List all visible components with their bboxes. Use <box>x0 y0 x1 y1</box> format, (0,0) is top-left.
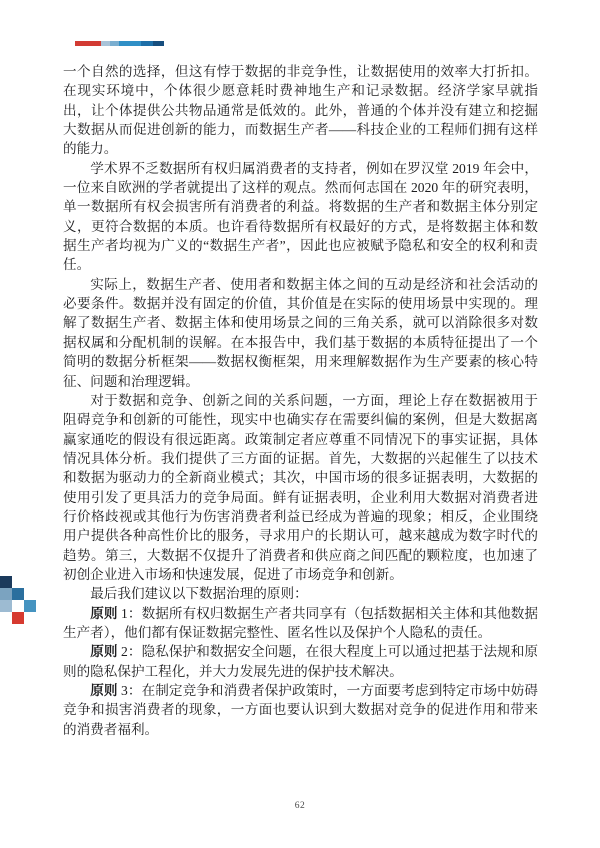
mosaic-square-slate-blue <box>0 588 12 600</box>
principle-3-label: 原则 <box>90 683 117 698</box>
page-number: 62 <box>0 801 600 811</box>
paragraph-principle-1: 原则 1：数据所有权归数据生产者共同享有（包括数据相关主体和其他数据生产者），他… <box>63 604 538 643</box>
bar-segment-medium-blue <box>119 41 141 46</box>
document-body: 一个自然的选择，但这有悖于数据的非竞争性，让数据使用的效率大打折扣。在现实环境中… <box>63 62 538 739</box>
mosaic-square-dark-blue <box>12 588 24 600</box>
principle-2-label: 原则 <box>90 644 117 659</box>
paragraph-principle-3: 原则 3：在制定竞争和消费者保护政策时，一方面要考虑到特定市场中妨碍竞争和损害消… <box>63 681 538 739</box>
mosaic-square-navy <box>0 576 12 588</box>
header-color-bar <box>75 41 164 46</box>
bar-segment-pale-blue <box>101 41 110 46</box>
paragraph-academia-view: 学术界不乏数据所有权归属消费者的支持者，例如在罗汉堂 2019 年会中，一位来自… <box>63 159 538 275</box>
principle-1-text: 1：数据所有权归数据生产者共同享有（包括数据相关主体和其他数据生产者），他们都有… <box>63 606 538 640</box>
footer-mosaic-decoration <box>0 576 36 624</box>
bar-segment-light-blue <box>110 41 119 46</box>
mosaic-square-red <box>12 612 24 624</box>
principle-2-text: 2：隐私保护和数据安全问题，在很大程度上可以通过把基于法规和原则的隐私保护工程化… <box>63 644 538 678</box>
bar-segment-deep-blue <box>141 41 153 46</box>
paragraph-principle-2: 原则 2：隐私保护和数据安全问题，在很大程度上可以通过把基于法规和原则的隐私保护… <box>63 642 538 681</box>
principle-3-text: 3：在制定竞争和消费者保护政策时，一方面要考虑到特定市场中妨碍竞争和损害消费者的… <box>63 683 538 737</box>
document-page: 一个自然的选择，但这有悖于数据的非竞争性，让数据使用的效率大打折扣。在现实环境中… <box>0 0 600 848</box>
paragraph-competition-innovation: 对于数据和竞争、创新之间的关系问题，一方面，理论上存在数据被用于阻碍竞争和创新的… <box>63 391 538 584</box>
paragraph-data-value: 实际上，数据生产者、使用者和数据主体之间的互动是经济和社会活动的必要条件。数据并… <box>63 275 538 391</box>
paragraph-continuation: 一个自然的选择，但这有悖于数据的非竞争性，让数据使用的效率大打折扣。在现实环境中… <box>63 62 538 159</box>
mosaic-square-medium-blue <box>24 600 36 612</box>
bar-segment-navy <box>153 41 164 46</box>
mosaic-square-white <box>12 600 24 612</box>
principle-1-label: 原则 <box>90 606 117 621</box>
paragraph-principles-intro: 最后我们建议以下数据治理的原则： <box>63 584 538 603</box>
mosaic-square-light-blue <box>0 600 12 612</box>
bar-segment-red <box>75 41 101 46</box>
